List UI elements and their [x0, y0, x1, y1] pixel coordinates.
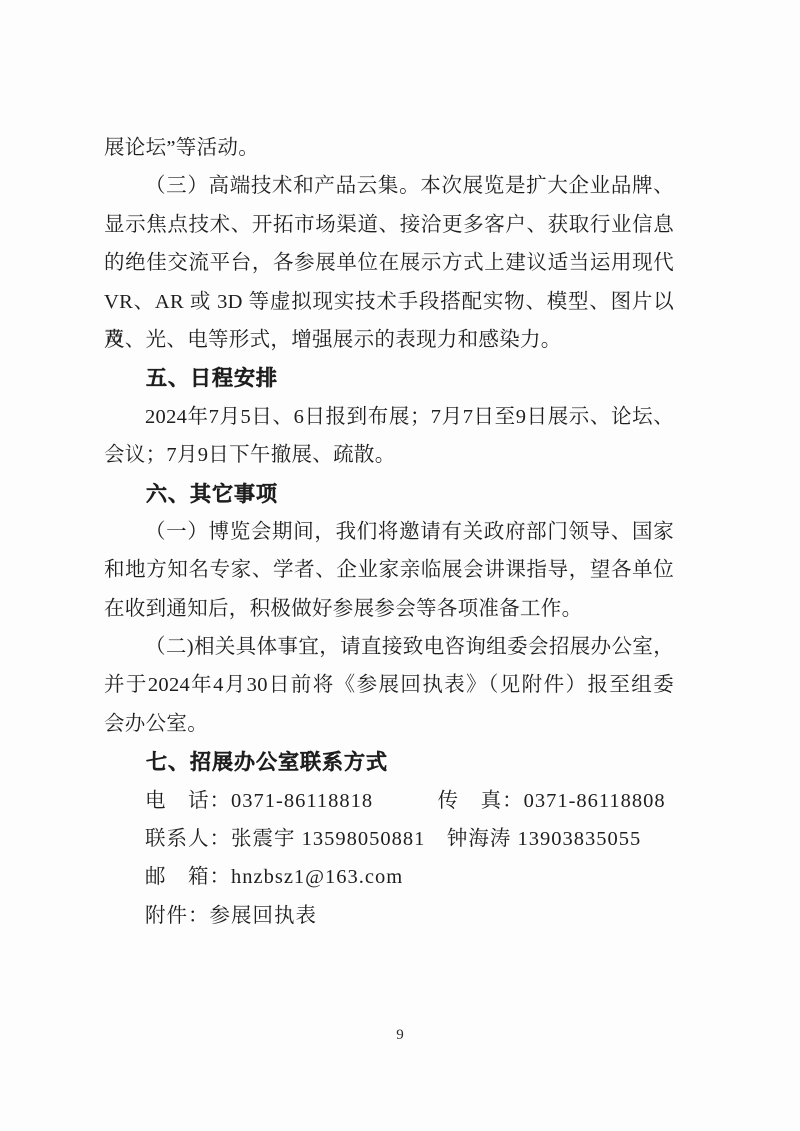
contact-persons-line: 联系人：张震宇 13598050881 钟海涛 13903835055	[104, 820, 674, 858]
page-number: 9	[0, 1024, 800, 1046]
text-line: 和地方知名专家、学者、企业家亲临展会讲课指导，望各单位	[104, 551, 674, 589]
text-line: VR、AR 或 3D 等虚拟现实技术手段搭配实物、模型、图片以及	[104, 283, 674, 321]
section-heading-schedule: 五、日程安排	[104, 359, 674, 397]
document-body: 展论坛”等活动。 （三）高端技术和产品云集。本次展览是扩大企业品牌、 显示焦点技…	[104, 129, 674, 935]
text-line: 并于2024年4月30日前将《参展回执表》（见附件）报至组委	[104, 666, 674, 704]
section-heading-other: 六、其它事项	[104, 475, 674, 513]
document-page: 展论坛”等活动。 （三）高端技术和产品云集。本次展览是扩大企业品牌、 显示焦点技…	[0, 0, 800, 1131]
attachment-line: 附件：参展回执表	[104, 897, 674, 935]
text-line: 会议；7月9日下午撤展、疏散。	[104, 436, 674, 474]
text-line: 会办公室。	[104, 705, 674, 743]
text-line: 显示焦点技术、开拓市场渠道、接洽更多客户、获取行业信息	[104, 206, 674, 244]
text-line: 展论坛”等活动。	[104, 129, 674, 167]
text-line: 2024年7月5日、6日报到布展；7月7日至9日展示、论坛、	[104, 398, 674, 436]
section-heading-contact: 七、招展办公室联系方式	[104, 743, 674, 781]
text-line: 在收到通知后，积极做好参展参会等各项准备工作。	[104, 590, 674, 628]
text-line: （二)相关具体事宜，请直接致电咨询组委会招展办公室，	[104, 628, 674, 666]
text-line: 的绝佳交流平台，各参展单位在展示方式上建议适当运用现代	[104, 244, 674, 282]
contact-phone-fax-line: 电 话：0371-86118818 传 真：0371-86118808	[104, 782, 674, 820]
text-line: （一）博览会期间，我们将邀请有关政府部门领导、国家	[104, 513, 674, 551]
text-line: （三）高端技术和产品云集。本次展览是扩大企业品牌、	[104, 167, 674, 205]
text-line: 声、光、电等形式，增强展示的表现力和感染力。	[104, 321, 674, 359]
contact-email-line: 邮 箱：hnzbsz1@163.com	[104, 858, 674, 896]
